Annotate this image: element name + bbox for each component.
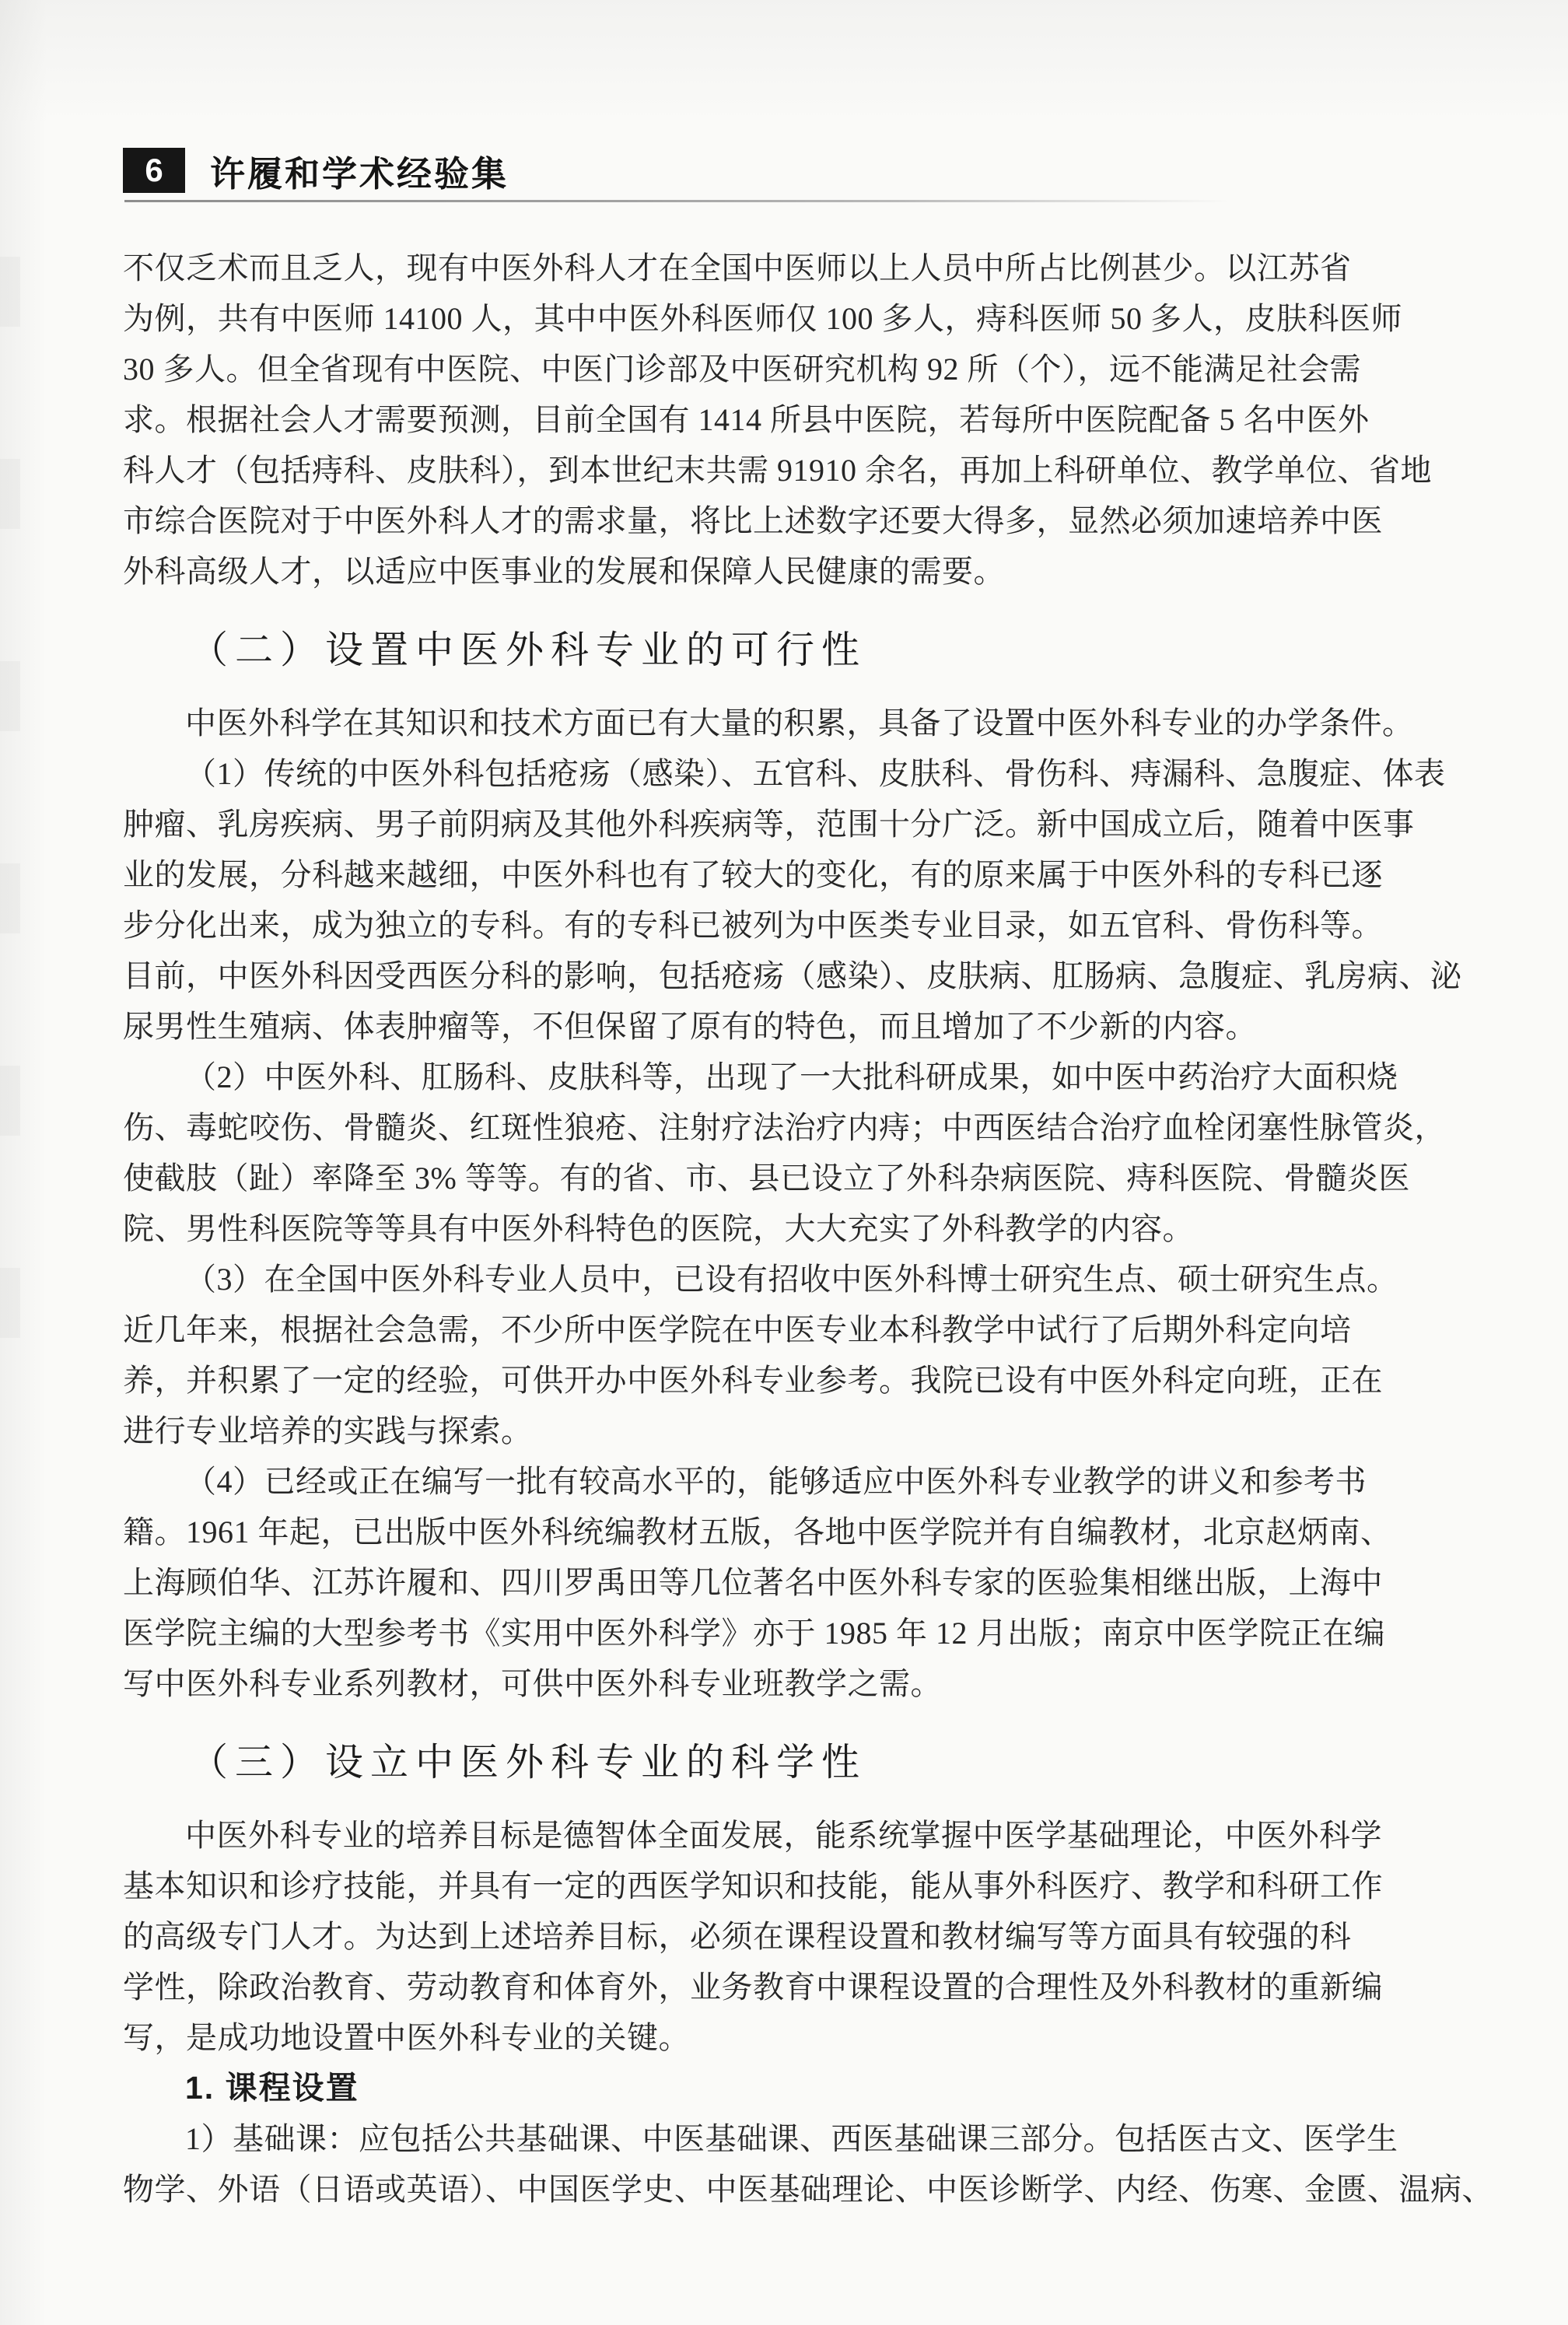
paragraph: 不仅乏术而且乏人，现有中医外科人才在全国中医师以上人员中所占比例甚少。以江苏省为… — [123, 243, 1482, 597]
text-line: 基本知识和诊疗技能，并具有一定的西医学知识和技能，能从事外科医疗、教学和科研工作 — [123, 1861, 1482, 1911]
text-line: 物学、外语（日语或英语）、中国医学史、中医基础理论、中医诊断学、内经、伤寒、金匮… — [123, 2164, 1482, 2215]
header-rule — [124, 200, 1229, 202]
page-header: 6 许履和学术经验集 — [123, 146, 1481, 208]
book-title: 许履和学术经验集 — [210, 146, 509, 194]
page-number: 6 — [145, 152, 163, 189]
sub-heading: 1. 课程设置 — [185, 2063, 1482, 2113]
scan-artifact — [0, 257, 20, 1423]
text-line: 为例，共有中医师 14100 人，其中中医外科医师仅 100 多人，痔科医师 5… — [123, 293, 1482, 344]
page-number-badge: 6 — [123, 148, 185, 193]
text-line: 1）基础课：应包括公共基础课、中医基础课、西医基础课三部分。包括医古文、医学生 — [123, 2113, 1482, 2164]
text-line: 中医外科学在其知识和技术方面已有大量的积累，具备了设置中医外科专业的办学条件。 — [123, 698, 1482, 748]
section-heading: （二）设置中医外科专业的可行性 — [190, 623, 1482, 678]
text-line: 肿瘤、乳房疾病、男子前阴病及其他外科疾病等，范围十分广泛。新中国成立后，随着中医… — [123, 799, 1482, 849]
scan-artifact — [0, 0, 1568, 124]
text-line: 籍。1961 年起，已出版中医外科统编教材五版，各地中医学院并有自编教材，北京赵… — [123, 1507, 1482, 1557]
section-heading: （三）设立中医外科专业的科学性 — [190, 1735, 1482, 1790]
text-line: （2）中医外科、肛肠科、皮肤科等，出现了一大批科研成果，如中医中药治疗大面积烧 — [123, 1052, 1482, 1102]
text-line: 外科高级人才，以适应中医事业的发展和保障人民健康的需要。 — [123, 546, 1482, 597]
book-page: 6 许履和学术经验集 不仅乏术而且乏人，现有中医外科人才在全国中医师以上人员中所… — [0, 0, 1568, 2325]
paragraph: 中医外科学在其知识和技术方面已有大量的积累，具备了设置中医外科专业的办学条件。 — [123, 698, 1482, 748]
text-line: 尿男性生殖病、体表肿瘤等，不但保留了原有的特色，而且增加了不少新的内容。 — [123, 1001, 1482, 1052]
text-line: （1）传统的中医外科包括疮疡（感染）、五官科、皮肤科、骨伤科、痔漏科、急腹症、体… — [123, 748, 1482, 799]
text-line: 进行专业培养的实践与探索。 — [123, 1406, 1482, 1456]
text-line: 求。根据社会人才需要预测，目前全国有 1414 所县中医院，若每所中医院配备 5… — [123, 394, 1482, 445]
text-line: 医学院主编的大型参考书《实用中医外科学》亦于 1985 年 12 月出版；南京中… — [123, 1608, 1482, 1658]
text-line: 伤、毒蛇咬伤、骨髓炎、红斑性狼疮、注射疗法治疗内痔；中西医结合治疗血栓闭塞性脉管… — [123, 1102, 1482, 1153]
scan-artifact — [0, 0, 47, 2325]
text-line: 30 多人。但全省现有中医院、中医门诊部及中医研究机构 92 所（个），远不能满… — [123, 344, 1482, 394]
text-line: 的高级专门人才。为达到上述培养目标，必须在课程设置和教材编写等方面具有较强的科 — [123, 1911, 1482, 1962]
text-line: 养，并积累了一定的经验，可供开办中医外科专业参考。我院已设有中医外科定向班，正在 — [123, 1355, 1482, 1406]
text-line: 市综合医院对于中医外科人才的需求量，将比上述数字还要大得多，显然必须加速培养中医 — [123, 495, 1482, 546]
paragraph: （2）中医外科、肛肠科、皮肤科等，出现了一大批科研成果，如中医中药治疗大面积烧伤… — [123, 1052, 1482, 1254]
text-line: 目前，中医外科因受西医分科的影响，包括疮疡（感染）、皮肤病、肛肠病、急腹症、乳房… — [123, 951, 1482, 1001]
text-line: 业的发展，分科越来越细，中医外科也有了较大的变化，有的原来属于中医外科的专科已逐 — [123, 849, 1482, 900]
text-line: 步分化出来，成为独立的专科。有的专科已被列为中医类专业目录，如五官科、骨伤科等。 — [123, 900, 1482, 951]
text-line: 上海顾伯华、江苏许履和、四川罗禹田等几位著名中医外科专家的医验集相继出版，上海中 — [123, 1557, 1482, 1608]
text-line: 学性，除政治教育、劳动教育和体育外，业务教育中课程设置的合理性及外科教材的重新编 — [123, 1962, 1482, 2012]
text-line: 使截肢（趾）率降至 3% 等等。有的省、市、县已设立了外科杂病医院、痔科医院、骨… — [123, 1153, 1482, 1203]
paragraph: 1）基础课：应包括公共基础课、中医基础课、西医基础课三部分。包括医古文、医学生物… — [123, 2113, 1482, 2215]
paragraph: 中医外科专业的培养目标是德智体全面发展，能系统掌握中医学基础理论，中医外科学基本… — [123, 1810, 1482, 2063]
text-line: 近几年来，根据社会急需，不少所中医学院在中医专业本科教学中试行了后期外科定向培 — [123, 1304, 1482, 1355]
text-line: （3）在全国中医外科专业人员中，已设有招收中医外科博士研究生点、硕士研究生点。 — [123, 1254, 1482, 1304]
text-line: 科人才（包括痔科、皮肤科），到本世纪末共需 91910 余名，再加上科研单位、教… — [123, 445, 1482, 495]
paragraph: （4）已经或正在编写一批有较高水平的，能够适应中医外科专业教学的讲义和参考书籍。… — [123, 1456, 1482, 1709]
text-line: 写中医外科专业系列教材，可供中医外科专业班教学之需。 — [123, 1658, 1482, 1709]
paragraph: （1）传统的中医外科包括疮疡（感染）、五官科、皮肤科、骨伤科、痔漏科、急腹症、体… — [123, 748, 1482, 1052]
text-line: 写，是成功地设置中医外科专业的关键。 — [123, 2012, 1482, 2063]
paragraph: （3）在全国中医外科专业人员中，已设有招收中医外科博士研究生点、硕士研究生点。近… — [123, 1254, 1482, 1456]
text-line: 院、男性科医院等等具有中医外科特色的医院，大大充实了外科教学的内容。 — [123, 1203, 1482, 1254]
text-line: 中医外科专业的培养目标是德智体全面发展，能系统掌握中医学基础理论，中医外科学 — [123, 1810, 1482, 1861]
text-line: 不仅乏术而且乏人，现有中医外科人才在全国中医师以上人员中所占比例甚少。以江苏省 — [123, 243, 1482, 293]
page-content: 不仅乏术而且乏人，现有中医外科人才在全国中医师以上人员中所占比例甚少。以江苏省为… — [123, 243, 1482, 2215]
text-line: （4）已经或正在编写一批有较高水平的，能够适应中医外科专业教学的讲义和参考书 — [123, 1456, 1482, 1507]
